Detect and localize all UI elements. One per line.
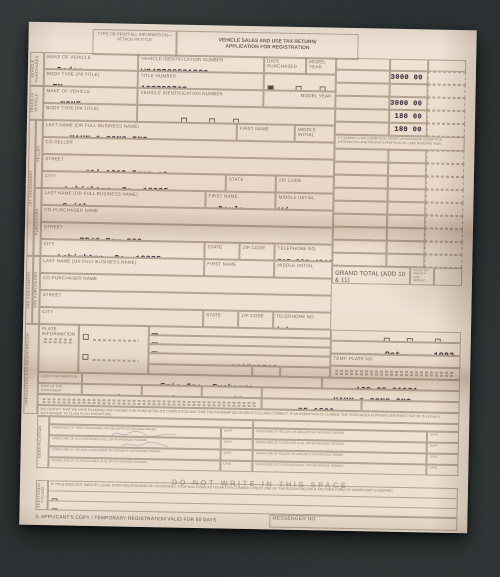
fee-row-label: SALES TAX DUE (335, 122, 389, 136)
seller-sig2-label: SIGNATURE OF CO-SELLER (FULL OR AUTHORIZ… (256, 441, 424, 448)
purchaser-phone-label: TELEPHONE NO. (278, 246, 330, 252)
date-purchased-cell: DATE PURCHASED 6/4/83 (264, 56, 306, 74)
seller-state-label: STATE (229, 177, 273, 183)
fees-col2-cell: 2ND ASSIGNMENT (428, 59, 466, 72)
date-label: DATE (430, 445, 456, 449)
seller-sig1-date-cell: DATE (427, 431, 459, 443)
fee-extra-label: PROCESSING FEE (333, 227, 387, 241)
instructions-text: TYPE OR PRINT ALL INFORMATION— ATTACH PA… (96, 31, 174, 43)
purchaser-sig4-label: SIGNATURE OF CO-PURCHASER (FULL OR AUTHO… (51, 459, 217, 466)
plate-no-label-cell: PLATE NO.▶ (252, 366, 280, 377)
fee-extra-v1 (386, 241, 424, 255)
seller-sig4-date-cell: DATE (426, 464, 458, 476)
small-print (93, 339, 139, 342)
grand-note: SALES TAX CHECK # THIS AMOUNT (413, 269, 431, 283)
fee-row-label: TAXABLE AMOUNT (335, 96, 389, 110)
fee-row-2-v1: 3000 00 (390, 100, 422, 109)
fee-row-value2 (427, 110, 465, 124)
second-phone-label: TELEPHONE NO. (276, 314, 328, 320)
purchaser-mi-label: MIDDLE INITIAL (278, 195, 330, 201)
tax-return-form: TYPE OR PRINT ALL INFORMATION— ATTACH PA… (19, 22, 477, 534)
second-state-label: STATE (206, 312, 235, 318)
purchaser-sig4-date-cell: DATE (220, 461, 252, 473)
fee-row-value1: 180 00 (389, 110, 427, 124)
fee-extra-v2 (424, 254, 462, 268)
seller-mi-cell: MIDDLE INITIAL (295, 125, 335, 143)
second-mi-cell: MIDDLE INITIAL (274, 261, 332, 279)
purchaser-zip-label: ZIP CODE (243, 245, 272, 251)
fee-extra-v1 (387, 202, 425, 216)
second-first-cell: FIRST NAME (204, 259, 274, 277)
date-purchased-label: DATE PURCHASED (267, 58, 303, 69)
messenger-box: MESSENGER NO. (269, 514, 457, 531)
condition-cell: GOOD FAIR POOR (264, 73, 336, 91)
messenger-label: MESSENGER NO. (272, 517, 454, 526)
fee-extra-label: ENC. CLEARANCE FEE (333, 188, 387, 202)
photo-background: TYPE OR PRINT ALL INFORMATION— ATTACH PA… (0, 0, 500, 577)
title-number-label: TITLE NUMBER (141, 73, 261, 80)
plate-sub-checkbox (83, 334, 89, 340)
trade-body-cell: BODY TYPE (PA TITLE) (43, 103, 137, 122)
fee-extra-label: LIEN FEE (334, 175, 388, 189)
fee-row-0-v1: 3000 00 (391, 74, 423, 83)
second-zip-cell: ZIP CODE (238, 311, 273, 329)
second-name-label: LAST NAME (OR FULL BUSINESS NAME) (43, 258, 201, 266)
fee-extra-v1 (387, 228, 425, 242)
second-phone-cell: TELEPHONE NO. ( ) (273, 311, 331, 329)
fee-extra-v2 (425, 215, 463, 229)
fee-extra-label: TITLE FEE (334, 162, 388, 176)
trade-vin-label: VEHICLE IDENTIFICATION NUMBER (140, 90, 260, 97)
fee-extra-v2 (426, 150, 464, 164)
purchaser-sig3-date-cell: DATE (220, 450, 252, 462)
second-first-label: FIRST NAME (207, 261, 271, 267)
date-label: DATE (430, 456, 456, 460)
seller-state-cell: STATE (226, 175, 276, 193)
plate-sub-checkbox (82, 354, 88, 360)
seller-sig1-label: SIGNATURE OF SELLER OR DEALER'S AUTHORIZ… (256, 430, 424, 437)
fee-row-label: 6% PA SALES/USE TAX (335, 109, 389, 123)
fee-extra-v1 (388, 163, 426, 177)
fees-header-cell: TAX AND FEES (336, 58, 390, 71)
trade-year-cell: MODEL YEAR (263, 90, 335, 108)
purchaser-mi-cell: MIDDLE INITIAL W/ (275, 193, 333, 211)
date-label: DATE (224, 441, 250, 445)
purchaser-sig2-date-cell: DATE (221, 439, 253, 451)
seller-name-label: LAST NAME (OR FULL BUSINESS NAME) (46, 122, 234, 131)
fee-extra-label: REPLACEMENT FEE (332, 240, 386, 254)
small-print (335, 373, 455, 377)
seller-sig3-date-cell: DATE (426, 453, 458, 465)
plate-subchecks-cell (78, 325, 149, 374)
second-state-cell: STATE (203, 310, 238, 328)
trade-make-cell: MAKE OF VEHICLE NONE (43, 86, 137, 105)
date-label: DATE (430, 434, 456, 438)
copy-line: 3. APPLICANT'S COPY / TEMPORARY REGISTRA… (35, 515, 265, 525)
fee-row-3-v1: 180 00 (394, 113, 422, 122)
make-cell: MAKE OF VEHICLE Dodge (44, 52, 138, 71)
fee-extra-v1 (388, 150, 426, 164)
purchaser-state-cell: STATE (204, 242, 239, 260)
second-city-label: CITY (42, 309, 200, 317)
side-label-trade-in: TRADE-IN VEHICLE (29, 86, 44, 120)
seller-sig2-date-cell: DATE (427, 442, 459, 454)
seller-mi-label: MIDDLE INITIAL (298, 127, 332, 138)
date-label: DATE (223, 463, 249, 467)
fee-extra-label: EXEMPTION NO. (334, 149, 388, 163)
date-label: DATE (429, 467, 455, 471)
seller-sig4-label: SIGNATURE OF CO-SELLER (FULL OR AUTHORIZ… (255, 463, 423, 470)
small-print (92, 359, 138, 362)
purchaser-sig3-label: SIGNATURE OF SECOND PURCHASER OR DEALER'… (52, 448, 218, 455)
agent-info-label: AGENT INFORMATION (41, 374, 79, 379)
fee-extra-v2 (425, 228, 463, 242)
body-type-label: BODY TYPE (PA TITLE) (47, 71, 135, 78)
fee-extra-v2 (426, 176, 464, 190)
make-label: MAKE OF VEHICLE (47, 54, 135, 61)
fee-row-value2 (427, 84, 465, 98)
purchaser-sig1-date-cell: DATE (221, 428, 253, 440)
grand-note-cell: SALES TAX CHECK # THIS AMOUNT (410, 267, 434, 285)
purchaser-zip-cell: ZIP CODE (239, 243, 274, 261)
fee-row-value1: 3000 00 (389, 97, 427, 111)
trade-make-label: MAKE OF VEHICLE (46, 88, 134, 95)
fee-row-value1: 3000 00 (390, 71, 428, 85)
joint-tenants-checkbox (51, 509, 57, 515)
fee-extra-label: TRANSFER FEE (333, 214, 387, 228)
side-label-additional: ADDITIONAL TITLING (35, 480, 48, 510)
copy-line-cell: 3. APPLICANT'S COPY / TEMPORARY REGISTRA… (35, 515, 265, 525)
exemption-note: IF CLAIMING A TAX EXEMPTION, INSERT APPR… (338, 137, 462, 147)
fee-row-value1 (389, 84, 427, 98)
grand-total-label: GRAND TOTAL (ADD 10 & 11) (335, 271, 407, 285)
seller-zip-label: ZIP CODE (279, 178, 331, 184)
seller-city-label: CITY (45, 173, 223, 182)
trade-year-label: MODEL YEAR (300, 93, 332, 99)
fee-extra-v2 (425, 202, 463, 216)
fee-row-value1: 180 00 (389, 123, 427, 137)
fees-col1-cell: 1ST ASSIGNMENT (390, 59, 428, 72)
purchaser-city-label: CITY (44, 241, 202, 249)
vin-label: VEHICLE IDENTIFICATION NUMBER (141, 56, 261, 63)
fee-row-value2 (428, 71, 466, 85)
small-print (44, 341, 74, 344)
second-zip-label: ZIP CODE (241, 313, 270, 319)
body-type-cell: BODY TYPE (PA TITLE) TK (44, 69, 138, 88)
purchaser-name-label: LAST NAME (OR FULL BUSINESS NAME) (45, 190, 203, 198)
temp-plate-label: TEMP. PLATE NO. (333, 356, 457, 364)
fee-extra-v1 (386, 254, 424, 268)
plate-section-label: PLATE INFORMATION (42, 326, 76, 337)
fee-row-4-v1: 180 00 (394, 126, 422, 135)
fee-extra-label: REGISTRATION FEE (333, 201, 387, 215)
grand-total-cell: GRAND TOTAL (ADD 10 & 11) (332, 266, 410, 285)
side-label-certification: CERTIFICATION (36, 416, 49, 468)
purchaser-phone-cell: TELEPHONE NO. 717 386-4344 (274, 244, 332, 262)
purchaser-first-cell: FIRST NAME Dayle (205, 191, 275, 209)
seller-first-cell: FIRST NAME (237, 124, 295, 142)
fee-extra-label: TOTAL FEES (ADD 1 THRU 9) (332, 253, 386, 267)
seller-zip-cell: ZIP CODE (276, 176, 334, 194)
assignment-date-cell: DATE OF THIS ASSIGNMENT (38, 383, 82, 395)
model-year-cell: MODEL YEAR 1972 (306, 57, 336, 75)
purchaser-sig4-cell: SIGNATURE OF CO-PURCHASER (FULL OR AUTHO… (48, 457, 220, 471)
fee-row-value2 (427, 123, 465, 137)
agent-info-cell: AGENT INFORMATION (38, 372, 82, 384)
grand-value-cell (434, 268, 462, 287)
seller-first-label: FIRST NAME (240, 126, 292, 132)
second-mi-label: MIDDLE INITIAL (277, 263, 329, 269)
seller-sig3-label: SIGNATURE OF SELLER OR DEALER'S AUTHORIZ… (256, 452, 424, 459)
fee-row-value2 (427, 97, 465, 111)
fee-row-label: LESS TRADE-IN (336, 83, 390, 97)
date-label: DATE (224, 430, 250, 434)
fee-row-label: PURCHASE PRICE (SEE REVERSE) (336, 70, 390, 84)
trade-body-label: BODY TYPE (PA TITLE) (46, 105, 134, 112)
side-label-vehicle: VEHICLE PURCHASED (30, 52, 45, 86)
date-label: DATE (224, 452, 250, 456)
small-print (44, 338, 74, 341)
fee-extra-v1 (387, 215, 425, 229)
fee-extra-v2 (426, 163, 464, 177)
purchaser-state-label: STATE (208, 244, 237, 250)
fee-extra-v2 (425, 189, 463, 203)
model-year-label: MODEL YEAR (309, 59, 333, 70)
purchaser-first-label: FIRST NAME (209, 193, 273, 199)
fee-extra-v1 (387, 189, 425, 203)
fee-extra-v1 (388, 176, 426, 190)
fee-extra-v2 (424, 241, 462, 255)
plate-section-cell: PLATE INFORMATION (38, 324, 79, 373)
assignment-date-label: DATE OF THIS ASSIGNMENT (41, 385, 79, 393)
